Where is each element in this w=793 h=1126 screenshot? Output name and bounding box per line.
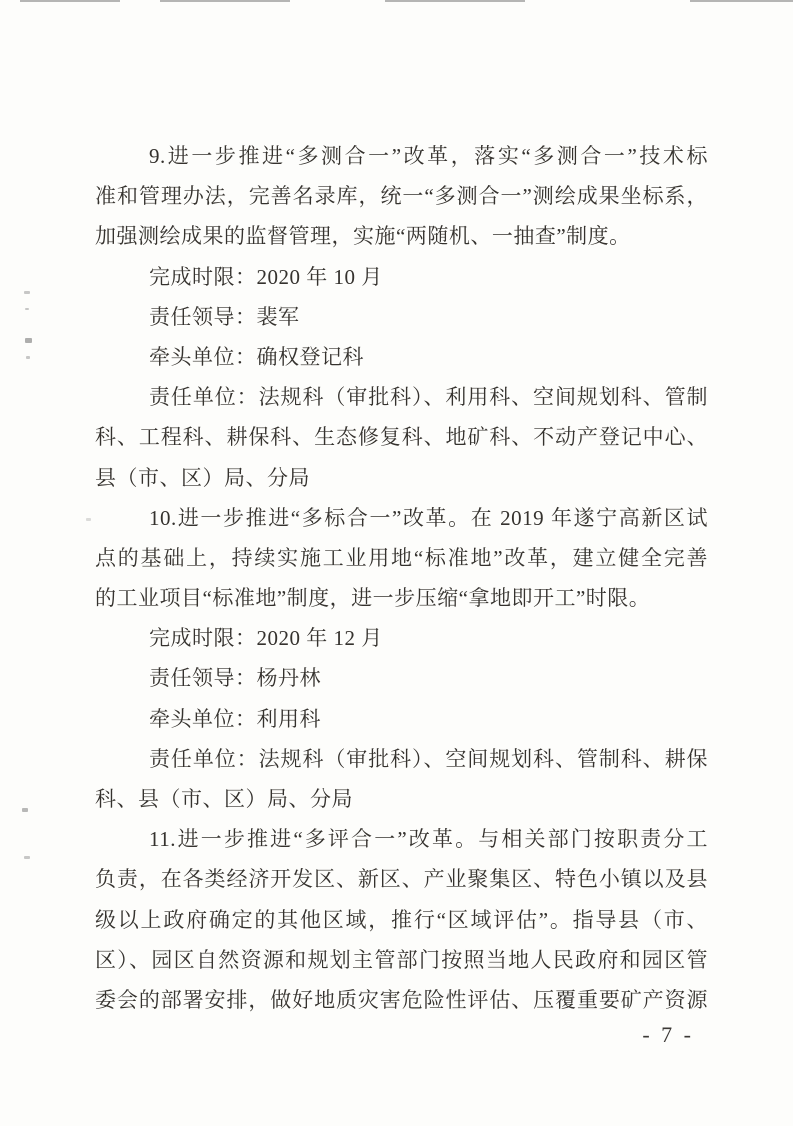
page-number: - 7 - — [642, 1022, 694, 1048]
text-line-item9-3: 加强测绘成果的监督管理，实施“两随机、一抽查”制度。 — [95, 216, 708, 256]
scan-speck — [24, 291, 30, 294]
text-line-leader-1: 责任领导：裴军 — [95, 297, 708, 337]
scan-speck — [24, 856, 30, 859]
text-line-deadline-1: 完成时限：2020 年 10 月 — [95, 257, 708, 297]
text-line-item11-1: 11.进一步推进“多评合一”改革。与相关部门按职责分工 — [95, 819, 708, 859]
text-line-resp-unit-2a: 责任单位：法规科（审批科）、空间规划科、管制科、耕保 — [95, 739, 708, 779]
scan-speck — [25, 308, 29, 310]
scan-speck — [25, 338, 32, 343]
scan-artifact-top-edge — [160, 0, 290, 2]
scan-speck — [26, 356, 30, 359]
text-line-lead-unit-2: 牵头单位：利用科 — [95, 699, 708, 739]
text-line-item9-1: 9.进一步推进“多测合一”改革，落实“多测合一”技术标 — [95, 136, 708, 176]
scan-speck — [22, 808, 28, 812]
text-line-item11-4: 区）、园区自然资源和规划主管部门按照当地人民政府和园区管 — [95, 940, 708, 980]
text-line-item11-3: 级以上政府确定的其他区域，推行“区域评估”。指导县（市、 — [95, 900, 708, 940]
text-line-item10-1: 10.进一步推进“多标合一”改革。在 2019 年遂宁高新区试 — [95, 498, 708, 538]
text-line-resp-unit-1a: 责任单位：法规科（审批科）、利用科、空间规划科、管制 — [95, 377, 708, 417]
text-line-resp-unit-1c: 县（市、区）局、分局 — [95, 458, 708, 498]
scan-artifact-top-edge — [690, 0, 793, 2]
text-line-leader-2: 责任领导：杨丹林 — [95, 658, 708, 698]
text-line-item11-2: 负责，在各类经济开发区、新区、产业聚集区、特色小镇以及县 — [95, 859, 708, 899]
text-line-item10-2: 点的基础上，持续实施工业用地“标准地”改革，建立健全完善 — [95, 538, 708, 578]
text-line-deadline-2: 完成时限：2020 年 12 月 — [95, 618, 708, 658]
text-line-item9-2: 准和管理办法，完善名录库，统一“多测合一”测绘成果坐标系， — [95, 176, 708, 216]
scan-artifact-top-edge — [385, 0, 525, 2]
scan-artifact-top-edge — [20, 0, 120, 2]
text-line-lead-unit-1: 牵头单位：确权登记科 — [95, 337, 708, 377]
text-line-resp-unit-2b: 科、县（市、区）局、分局 — [95, 779, 708, 819]
text-line-resp-unit-1b: 科、工程科、耕保科、生态修复科、地矿科、不动产登记中心、 — [95, 417, 708, 457]
text-line-item10-3: 的工业项目“标准地”制度，进一步压缩“拿地即开工”时限。 — [95, 578, 708, 618]
text-block: 9.进一步推进“多测合一”改革，落实“多测合一”技术标 准和管理办法，完善名录库… — [95, 136, 708, 1020]
document-page: 9.进一步推进“多测合一”改革，落实“多测合一”技术标 准和管理办法，完善名录库… — [0, 0, 793, 1126]
text-line-item11-5: 委会的部署安排，做好地质灾害危险性评估、压覆重要矿产资源 — [95, 980, 708, 1020]
scan-speck — [86, 518, 91, 521]
